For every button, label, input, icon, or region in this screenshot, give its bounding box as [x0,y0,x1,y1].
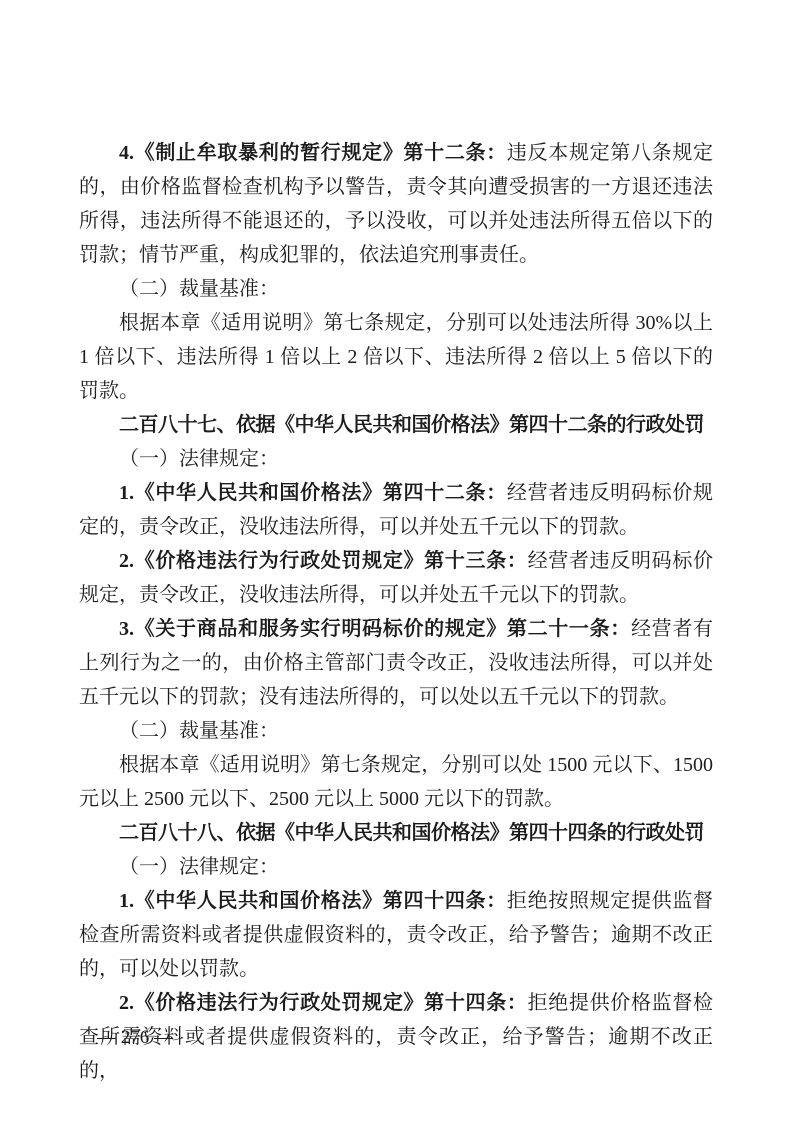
body-paragraph: （二）裁量基准： [79,714,713,748]
body-paragraph: 3.《关于商品和服务实行明码标价的规定》第二十一条：经营者有上列行为之一的，由价… [79,612,713,714]
section-heading: 二百八十八、依据《中华人民共和国价格法》第四十四条的行政处罚 [79,816,713,850]
citation-lead: 2.《价格违法行为行政处罚规定》第十三条： [119,550,528,572]
citation-lead: 2.《价格违法行为行政处罚规定》第十四条： [119,992,528,1014]
body-paragraph: 1.《中华人民共和国价格法》第四十四条：拒绝按照规定提供监督检查所需资料或者提供… [79,884,713,986]
paragraph-text: 根据本章《适用说明》第七条规定，分别可以处违法所得 30%以上 1 倍以下、违法… [79,312,713,402]
citation-lead: 1.《中华人民共和国价格法》第四十二条： [119,482,507,504]
body-paragraph: （一）法律规定： [79,442,713,476]
citation-lead: 二百八十八、依据《中华人民共和国价格法》第四十四条的行政处罚 [119,822,704,844]
paragraph-text: （一）法律规定： [119,448,279,470]
body-paragraph: 2.《价格违法行为行政处罚规定》第十四条：拒绝提供价格监督检查所需资料或者提供虚… [79,986,713,1088]
body-paragraph: 1.《中华人民共和国价格法》第四十二条：经营者违反明码标价规定的，责令改正，没收… [79,476,713,544]
citation-lead: 4.《制止牟取暴利的暂行规定》第十二条： [119,142,507,164]
document-page: 4.《制止牟取暴利的暂行规定》第十二条：违反本规定第八条规定的，由价格监督检查机… [0,0,793,1122]
body-paragraph: 根据本章《适用说明》第七条规定，分别可以处违法所得 30%以上 1 倍以下、违法… [79,306,713,408]
body-paragraph: 2.《价格违法行为行政处罚规定》第十三条：经营者违反明码标价规定，责令改正，没收… [79,544,713,612]
body-paragraph: （一）法律规定： [79,850,713,884]
section-heading: 二百八十七、依据《中华人民共和国价格法》第四十二条的行政处罚 [79,408,713,442]
citation-lead: 二百八十七、依据《中华人民共和国价格法》第四十二条的行政处罚 [119,414,704,436]
paragraph-text: （一）法律规定： [119,856,279,878]
body-paragraph: （二）裁量基准： [79,272,713,306]
body-paragraph: 根据本章《适用说明》第七条规定，分别可以处 1500 元以下、1500 元以上 … [79,748,713,816]
document-content: 4.《制止牟取暴利的暂行规定》第十二条：违反本规定第八条规定的，由价格监督检查机… [79,136,713,1088]
paragraph-text: （二）裁量基准： [119,720,279,742]
page-number: — 276 — [97,1027,173,1049]
paragraph-text: 根据本章《适用说明》第七条规定，分别可以处 1500 元以下、1500 元以上 … [79,754,713,810]
body-paragraph: 4.《制止牟取暴利的暂行规定》第十二条：违反本规定第八条规定的，由价格监督检查机… [79,136,713,272]
paragraph-text: （二）裁量基准： [119,278,279,300]
citation-lead: 3.《关于商品和服务实行明码标价的规定》第二十一条： [119,618,631,640]
citation-lead: 1.《中华人民共和国价格法》第四十四条： [119,890,507,912]
